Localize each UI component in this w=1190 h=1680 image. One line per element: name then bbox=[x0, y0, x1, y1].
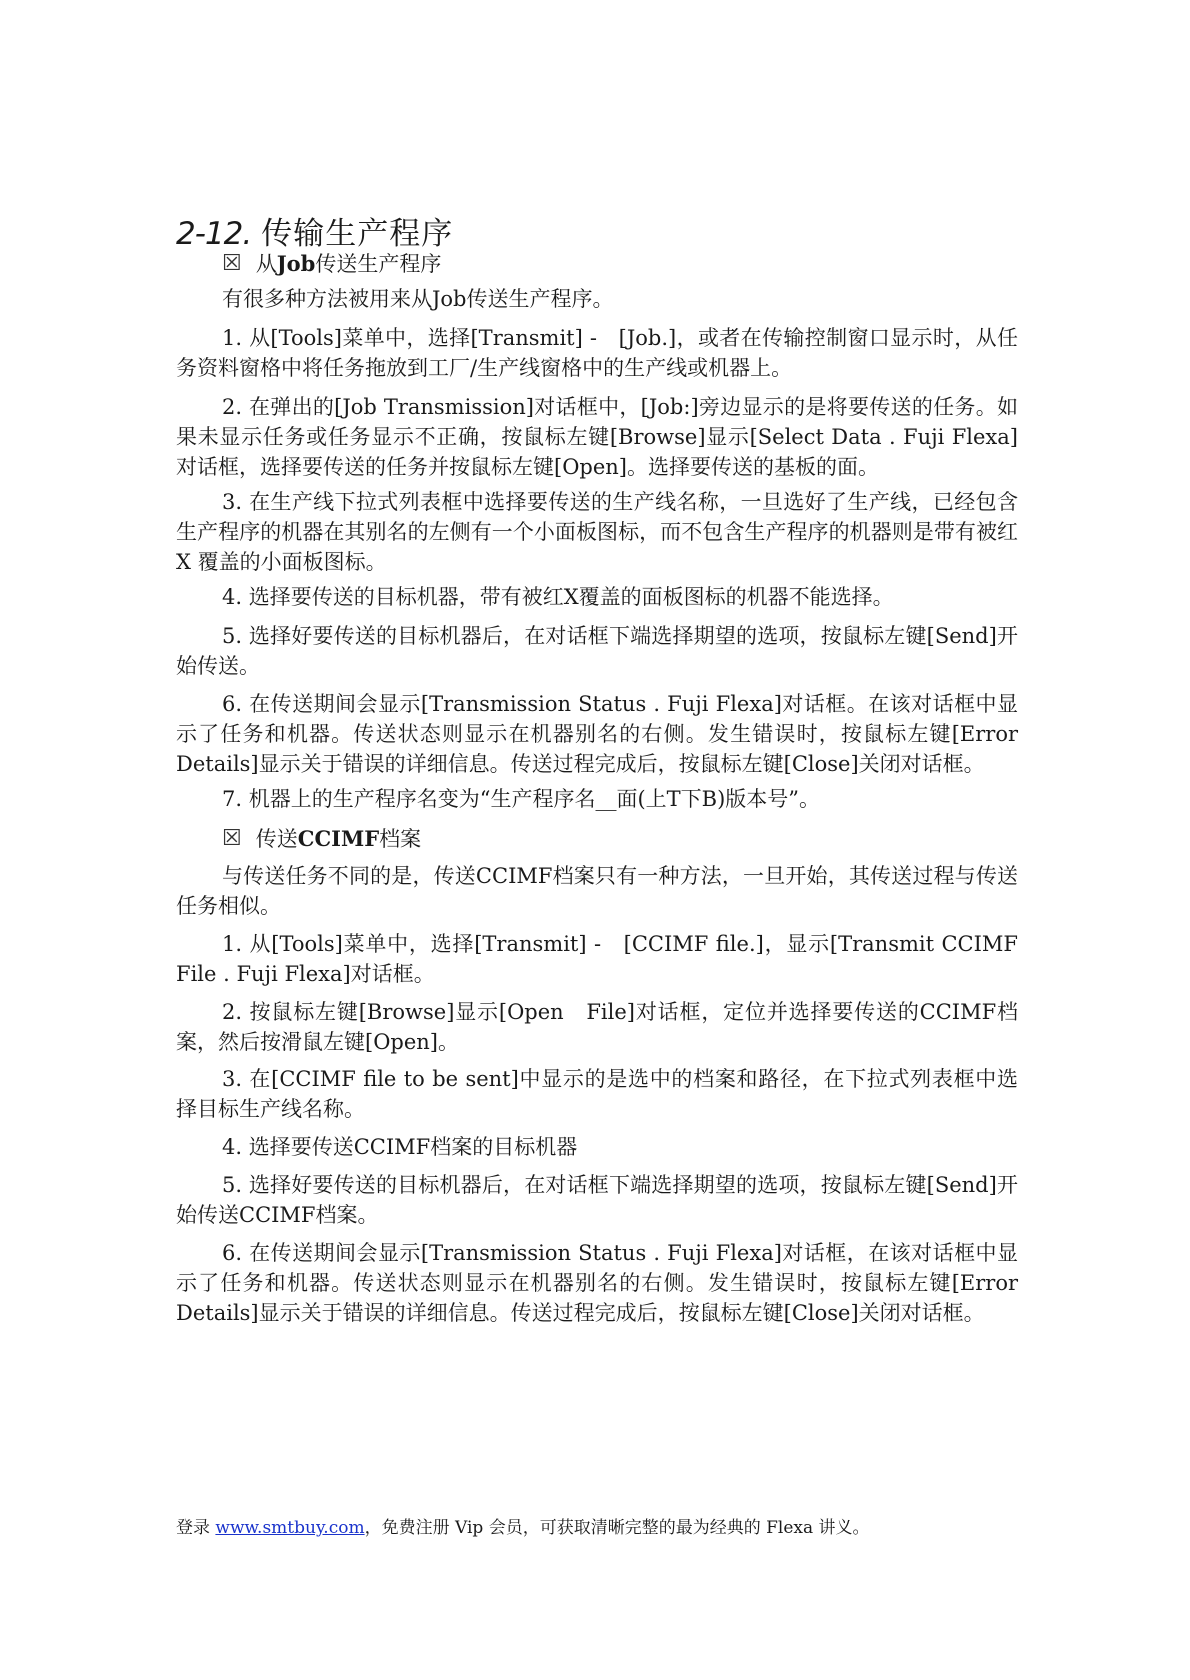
intro-paragraph: 有很多种方法被用来从Job传送生产程序。 bbox=[176, 284, 1018, 314]
subsection-title-ccimf: ☒ 传送CCIMF档案 bbox=[222, 823, 421, 853]
section-heading: 2-12.传输生产程序 bbox=[176, 208, 453, 253]
step-paragraph: 3. 在生产线下拉式列表框中选择要传送的生产线名称，一旦选好了生产线，已经包含生… bbox=[176, 487, 1018, 577]
step-paragraph: 2. 在弹出的[Job Transmission]对话框中，[Job:]旁边显示… bbox=[176, 392, 1018, 482]
envelope-icon: ☒ bbox=[222, 251, 242, 276]
step-paragraph: 1. 从[Tools]菜单中，选择[Transmit] - [Job.]，或者在… bbox=[176, 323, 1018, 383]
document-page: 2-12.传输生产程序 ☒ 从Job传送生产程序 有很多种方法被用来从Job传送… bbox=[0, 0, 1190, 1680]
step-paragraph: 1. 从[Tools]菜单中，选择[Transmit] - [CCIMF fil… bbox=[176, 929, 1018, 989]
footer-note: 登录 www.smtbuy.com，免费注册 Vip 会员，可获取清晰完整的最为… bbox=[176, 1513, 870, 1538]
step-paragraph: 6. 在传送期间会显示[Transmission Status . Fuji F… bbox=[176, 689, 1018, 779]
step-paragraph: 4. 选择要传送CCIMF档案的目标机器 bbox=[176, 1132, 1018, 1162]
intro-paragraph: 与传送任务不同的是，传送CCIMF档案只有一种方法，一旦开始，其传送过程与传送任… bbox=[176, 861, 1018, 921]
step-paragraph: 5. 选择好要传送的目标机器后，在对话框下端选择期望的选项，按鼠标左键[Send… bbox=[176, 621, 1018, 681]
step-paragraph: 4. 选择要传送的目标机器，带有被红X覆盖的面板图标的机器不能选择。 bbox=[176, 582, 1018, 612]
step-paragraph: 7. 机器上的生产程序名变为“生产程序名__面(上T下B)版本号”。 bbox=[176, 784, 1018, 814]
step-paragraph: 2. 按鼠标左键[Browse]显示[Open File]对话框，定位并选择要传… bbox=[176, 997, 1018, 1057]
section-title: 传输生产程序 bbox=[261, 216, 453, 252]
step-paragraph: 3. 在[CCIMF file to be sent]中显示的是选中的档案和路径… bbox=[176, 1064, 1018, 1124]
section-number: 2-12. bbox=[176, 216, 251, 252]
envelope-icon: ☒ bbox=[222, 826, 242, 851]
step-paragraph: 6. 在传送期间会显示[Transmission Status . Fuji F… bbox=[176, 1238, 1018, 1328]
subsection-title-job: ☒ 从Job传送生产程序 bbox=[222, 248, 441, 278]
website-link[interactable]: www.smtbuy.com bbox=[215, 1518, 364, 1538]
step-paragraph: 5. 选择好要传送的目标机器后，在对话框下端选择期望的选项，按鼠标左键[Send… bbox=[176, 1170, 1018, 1230]
